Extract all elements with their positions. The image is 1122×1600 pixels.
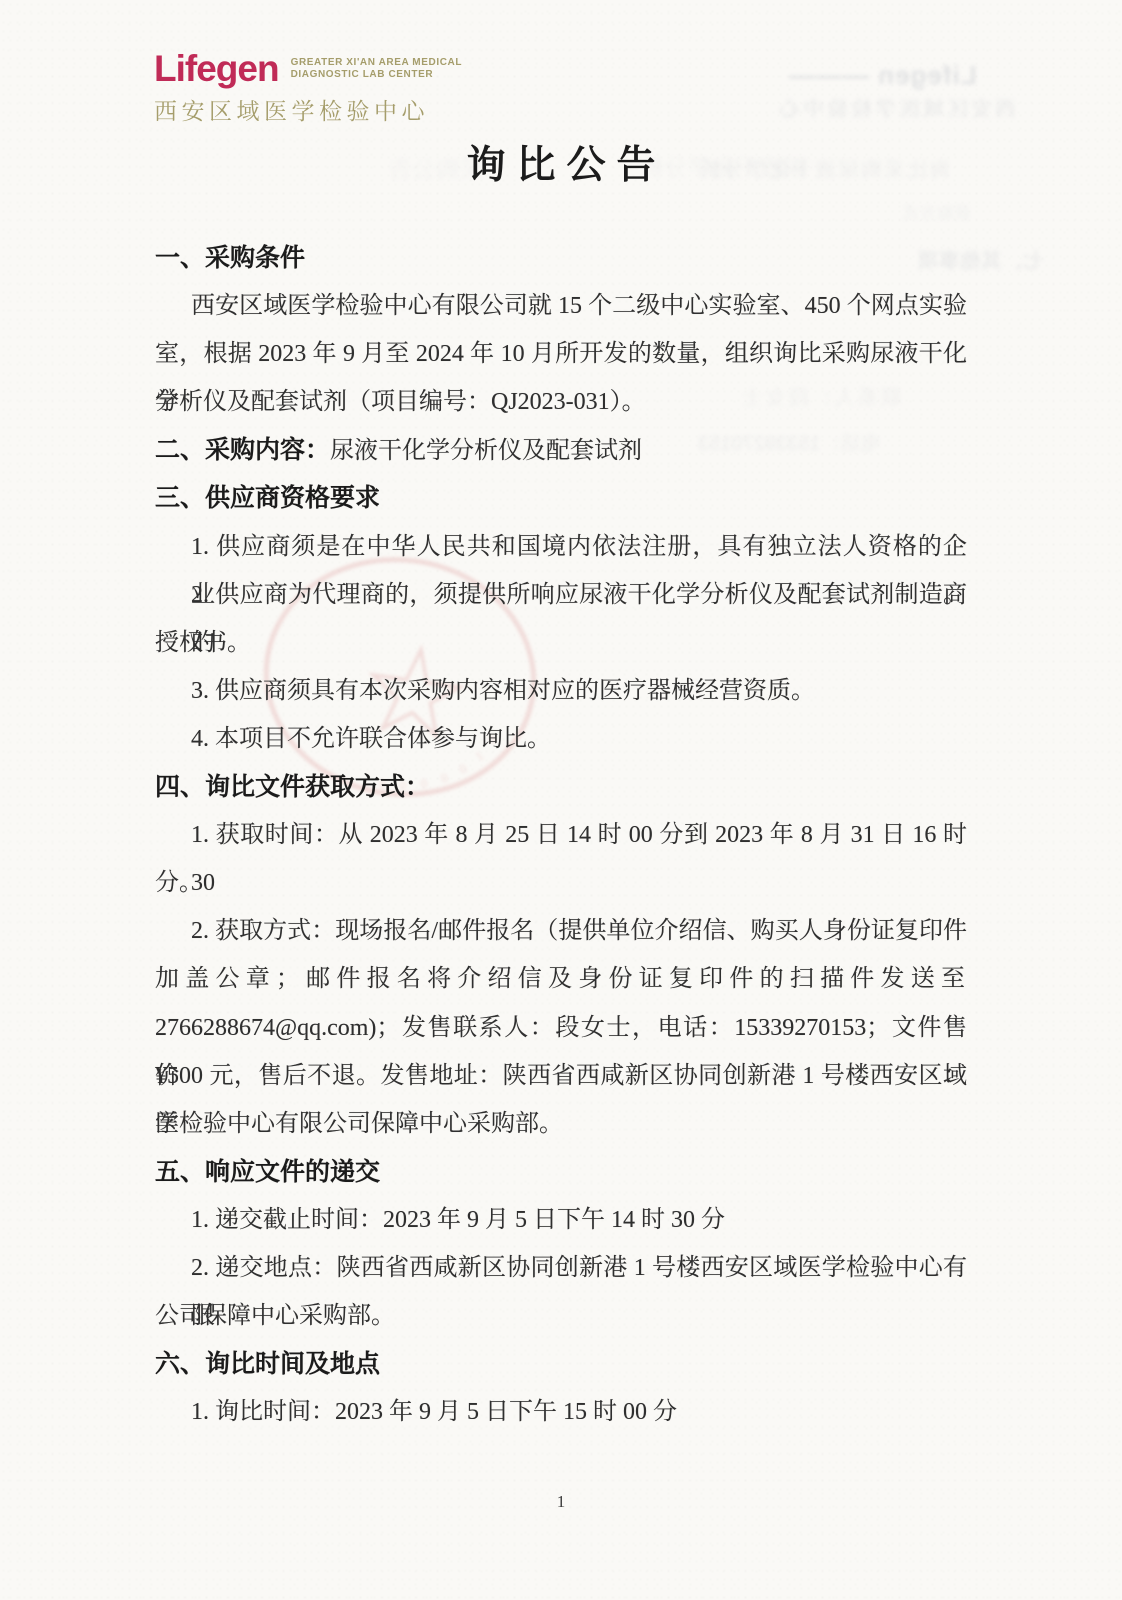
doc-line: 2766288674@qq.com)；发售联系人：段女士，电话：15339270… xyxy=(155,1004,967,1052)
doc-line: 2. 递交地点：陕西省西咸新区协同创新港 1 号楼西安区域医学检验中心有限 xyxy=(155,1244,967,1292)
lifegen-wordmark: Lifegen xyxy=(154,50,279,88)
logo-chinese-name: 西安区域医学检验中心 xyxy=(154,93,462,126)
doc-line: 1. 询比时间：2023 年 9 月 5 日下午 15 时 00 分 xyxy=(155,1388,967,1436)
doc-line: 2. 获取方式：现场报名/邮件报名（提供单位介绍信、购买人身份证复印件 xyxy=(155,907,967,955)
doc-line: 加盖公章；邮件报名将介绍信及身份证复印件的扫描件发送至 xyxy=(155,955,967,1003)
bleedthrough-text: 获取方式 xyxy=(903,199,971,224)
doc-line: 分析仪及配套试剂（项目编号：QJ2023-031）。 xyxy=(155,378,967,426)
doc-line: 学检验中心有限公司保障中心采购部。 xyxy=(155,1100,967,1148)
section-heading: 五、响应文件的递交 xyxy=(155,1148,967,1196)
letterhead-logo: Lifegen GREATER XI'AN AREA MEDICAL DIAGN… xyxy=(154,50,462,126)
doc-line: 授权书。 xyxy=(155,619,967,667)
section-heading: 三、供应商资格要求 xyxy=(155,474,967,522)
doc-line: ¥500 元，售后不退。发售地址：陕西省西咸新区协同创新港 1 号楼西安区域医 xyxy=(155,1052,967,1100)
doc-line: 3. 供应商须具有本次采购内容相对应的医疗器械经营资质。 xyxy=(155,667,967,715)
doc-line: 室，根据 2023 年 9 月至 2024 年 10 月所开发的数量，组织询比采… xyxy=(155,330,967,378)
doc-line: 4. 本项目不允许联合体参与询比。 xyxy=(155,715,967,763)
doc-line: 西安区域医学检验中心有限公司就 15 个二级中心实验室、450 个网点实验 xyxy=(155,282,967,330)
logo-tagline-line1: GREATER XI'AN AREA MEDICAL xyxy=(291,57,463,68)
section-heading: 二、采购内容：尿液干化学分析仪及配套试剂 xyxy=(155,426,967,474)
section-heading: 六、询比时间及地点 xyxy=(155,1340,967,1388)
bleedthrough-text: 西安区域医学检验中心 xyxy=(776,93,1016,123)
document-title: 询比公告 xyxy=(0,134,1122,190)
doc-line: 1. 递交截止时间：2023 年 9 月 5 日下午 14 时 30 分 xyxy=(155,1196,967,1244)
doc-line: 分。 xyxy=(155,859,967,907)
logo-tagline-line2: DIAGNOSTIC LAB CENTER xyxy=(291,69,434,80)
page-number: 1 xyxy=(0,1492,1122,1512)
doc-line: 公司保障中心采购部。 xyxy=(155,1292,967,1340)
document-body: 一、采购条件 西安区域医学检验中心有限公司就 15 个二级中心实验室、450 个… xyxy=(155,234,967,1436)
doc-line: 1. 供应商须是在中华人民共和国境内依法注册，具有独立法人资格的企业。 xyxy=(155,523,967,571)
doc-line: 2. 供应商为代理商的，须提供所响应尿液干化学分析仪及配套试剂制造商的 xyxy=(155,571,967,619)
logo-tagline: GREATER XI'AN AREA MEDICAL DIAGNOSTIC LA… xyxy=(291,50,463,81)
bleedthrough-logo: Lifegen ——— xyxy=(788,60,977,91)
section-heading: 一、采购条件 xyxy=(155,234,967,282)
section-heading: 四、询比文件获取方式： xyxy=(155,763,967,811)
scanned-document-page: Lifegen ——— 西安区域医学检验中心 询比采购尿液干化学分析 获取方式 … xyxy=(0,0,1122,1600)
doc-line: 1. 获取时间：从 2023 年 8 月 25 日 14 时 00 分到 202… xyxy=(155,811,967,859)
